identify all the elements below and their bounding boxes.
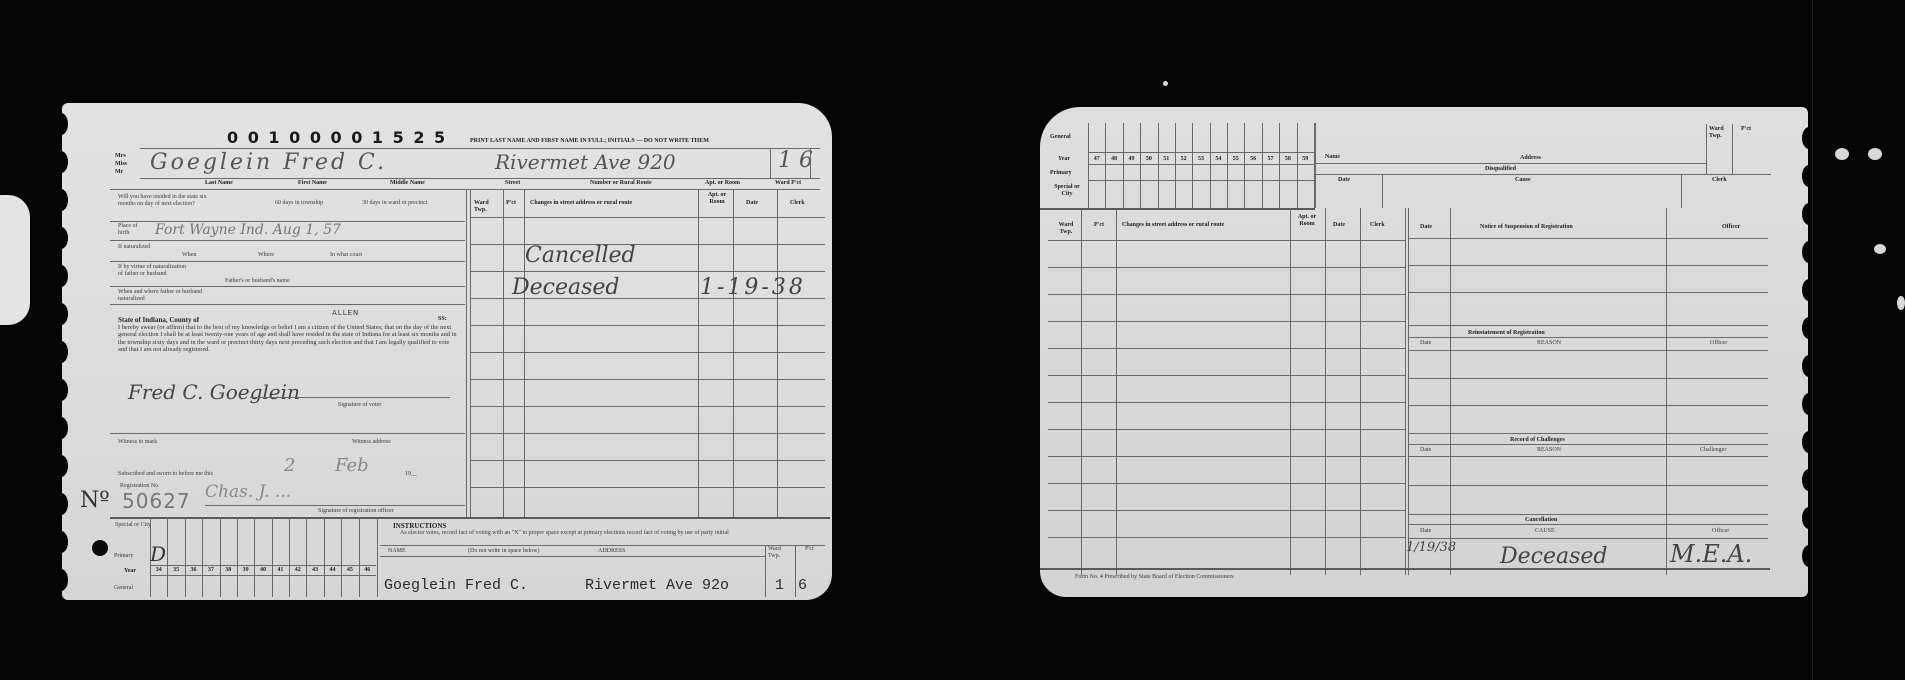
rchanges-header-ward: Ward Twp. <box>1052 222 1080 236</box>
label-ward-twp: Ward Twp. <box>1709 126 1729 140</box>
label-ward-precinct: 30 days in ward or precinct <box>362 200 432 207</box>
label-pct: P'ct <box>1741 126 1751 133</box>
rgrid-label-year: Year <box>1058 156 1070 163</box>
year-cell: 39 <box>237 567 254 573</box>
bottom-label-note: (Do not write in space below) <box>468 548 539 555</box>
punch-hole <box>92 540 108 556</box>
year-cell: 41 <box>272 567 289 573</box>
changes-header-ward: Ward Twp. <box>474 200 502 214</box>
year-cell: 56 <box>1244 156 1261 162</box>
rchanges-header-date: Date <box>1333 222 1345 229</box>
subscribed-year: 19__ <box>405 471 417 478</box>
label-disqualified: Disqualified <box>1485 166 1516 173</box>
year-cell: 45 <box>341 567 358 573</box>
typed-pct: 6 <box>798 577 807 594</box>
dust-speck <box>1835 148 1849 160</box>
dust-speck <box>1897 296 1905 310</box>
ss-label: SS: <box>438 316 447 323</box>
year-cell: 42 <box>289 567 306 573</box>
year-cell: 36 <box>185 567 202 573</box>
registration-number: 50627 <box>122 490 191 512</box>
label-street: Street <box>505 180 520 187</box>
changes-entry-cancelled: Cancelled <box>525 243 636 268</box>
primary-party-mark: D <box>150 542 166 566</box>
cancellation-officer: M.E.A. <box>1670 540 1752 568</box>
changes-header-apt: Apt. or Room <box>703 192 731 206</box>
oath-text: I hereby swear (or affirm) that to the b… <box>118 324 458 354</box>
subscribed-day: 2 <box>284 455 295 476</box>
voter-signature: Fred C. Goeglein <box>128 380 300 404</box>
challenges-title: Record of Challenges <box>1510 437 1565 444</box>
rchanges-header-apt: Apt. or Room <box>1293 214 1321 228</box>
challenges-header-reason: REASON <box>1537 447 1561 454</box>
year-cell: 47 <box>1088 156 1105 162</box>
subscribed-month: Feb <box>335 455 369 476</box>
label-residence-question: Will you have resided in the state six m… <box>118 194 208 208</box>
changes-header-date: Date <box>746 200 758 207</box>
year-cell: 50 <box>1140 156 1157 162</box>
label-address: Address <box>1520 155 1541 162</box>
instructions-text: As elector votes, record fact of voting … <box>400 530 810 537</box>
year-cell: 37 <box>202 567 219 573</box>
grid-label-general: General <box>114 585 133 592</box>
instructions-title: INSTRUCTIONS <box>393 522 446 530</box>
state-county-label: State of Indiana, County of <box>118 316 199 324</box>
changes-header-pct: P'ct <box>506 200 516 207</box>
label-township: 60 days in township <box>275 200 325 207</box>
reinstatement-header-reason: REASON <box>1537 340 1561 347</box>
reinstatement-header-date: Date <box>1420 340 1431 347</box>
grid-label-year: Year <box>124 568 136 575</box>
changes-header-clerk: Clerk <box>790 200 805 207</box>
cancellation-date: 1/19/38 <box>1406 540 1456 555</box>
label-signature-of-voter: Signature of voter <box>338 402 381 409</box>
label-number: Number or Rural Route <box>590 180 652 187</box>
label-father-naturalization: If by virtue of naturalization of father… <box>118 264 190 278</box>
label-father-when-where: When and where father or husband natural… <box>118 289 213 303</box>
year-cell: 55 <box>1227 156 1244 162</box>
changes-entry-deceased-date: 1-19-38 <box>700 275 806 300</box>
typed-address: Rivermet Ave 92o <box>585 577 729 594</box>
ward-pct-handwritten: 1 6 <box>778 148 813 173</box>
label-dq-cause: Cause <box>1515 177 1531 184</box>
challenges-header-date: Date <box>1420 447 1431 454</box>
rgrid-label-general: General <box>1050 134 1071 141</box>
reinstatement-title: Reinstatement of Registration <box>1468 330 1545 337</box>
rchanges-header-pct: P'ct <box>1094 222 1104 229</box>
year-cell: 48 <box>1105 156 1122 162</box>
label-where: Where <box>258 252 274 259</box>
challenges-header-challenger: Challenger <box>1700 447 1726 454</box>
year-cell: 49 <box>1123 156 1140 162</box>
suspension-header-date: Date <box>1420 224 1432 231</box>
label-dq-clerk: Clerk <box>1712 177 1727 184</box>
registration-no-prefix: Nº <box>80 489 110 513</box>
label-father-name: Father's or husband's name <box>225 278 290 285</box>
changes-entry-deceased: Deceased <box>512 275 620 300</box>
year-cell: 57 <box>1262 156 1279 162</box>
suspension-header-officer: Officer <box>1722 224 1740 231</box>
bottom-label-ward: Ward Twp. <box>768 546 790 560</box>
bottom-label-name: NAME <box>388 548 406 555</box>
typed-ward: 1 <box>775 577 784 594</box>
dust-speck <box>1874 244 1886 254</box>
year-cell: 44 <box>324 567 341 573</box>
rgrid-label-special: Special or City <box>1050 184 1084 198</box>
label-what-court: In what court <box>330 252 362 259</box>
label-if-naturalized: If naturalized <box>118 244 158 251</box>
label-name: Name <box>1325 154 1340 161</box>
bottom-label-address: ADDRESS <box>598 548 625 555</box>
year-cell: 53 <box>1192 156 1209 162</box>
year-cell: 54 <box>1210 156 1227 162</box>
rchanges-header-clerk: Clerk <box>1370 222 1385 229</box>
label-witness-address: Witness address <box>352 439 391 446</box>
form-footer: Form No. 4 Prescribed by State Board of … <box>1075 574 1234 581</box>
header-instruction: Print last name and first name in full; … <box>470 138 709 145</box>
bottom-label-pct: P'ct <box>805 546 814 553</box>
cancellation-header-cause: CAUSE <box>1535 528 1555 535</box>
grid-label-primary: Primary <box>114 553 133 560</box>
serial-stamp-number: 0 0 1 0 0 0 0 1 5 2 5 <box>227 128 447 147</box>
label-place-of-birth: Place of birth <box>118 223 148 237</box>
year-cell: 38 <box>220 567 237 573</box>
film-edge-artifact <box>0 195 30 325</box>
year-cell: 34 <box>150 567 167 573</box>
rgrid-label-primary: Primary <box>1050 170 1072 177</box>
grid-label-special: Special or City <box>114 522 152 529</box>
prefix-mr: Mr <box>115 169 123 176</box>
prefix-miss: Miss <box>115 161 127 168</box>
year-cell: 40 <box>254 567 271 573</box>
label-apt: Apt. or Room <box>705 180 740 187</box>
officer-signature: Chas. J. ... <box>205 482 291 502</box>
label-last-name: Last Name <box>205 180 233 187</box>
year-cell: 58 <box>1279 156 1296 162</box>
changes-header-address: Changes in street address or rural route <box>530 200 632 207</box>
label-ward-pct: Ward P'ct <box>775 180 801 187</box>
label-dq-date: Date <box>1338 177 1350 184</box>
street-handwritten: Rivermet Ave 920 <box>495 150 676 174</box>
suspension-header-notice: Notice of Suspension of Registration <box>1480 224 1573 231</box>
year-cell: 52 <box>1175 156 1192 162</box>
dust-speck <box>1868 148 1882 160</box>
year-cell: 46 <box>359 567 376 573</box>
film-strip-divider <box>1812 0 1813 680</box>
label-officer-signature: Signature of registration officer <box>318 508 394 515</box>
year-cell: 35 <box>167 567 184 573</box>
cancellation-cause: Deceased <box>1500 544 1608 569</box>
reinstatement-header-officer: Officer <box>1710 340 1727 347</box>
label-subscribed-sworn: Subscribed and sworn to before me this <box>118 471 213 478</box>
label-when: When <box>182 252 196 259</box>
cancellation-header-officer: Officer <box>1712 528 1729 535</box>
label-first-name: First Name <box>298 180 327 187</box>
label-middle-name: Middle Name <box>390 180 425 187</box>
voter-name-handwritten: Goeglein Fred C. <box>150 150 387 175</box>
year-cell: 43 <box>306 567 323 573</box>
label-witness-to-mark: Witness to mark <box>118 439 157 446</box>
county-value: ALLEN <box>332 309 359 317</box>
typed-name: Goeglein Fred C. <box>384 577 528 594</box>
dust-speck <box>1163 81 1168 86</box>
rchanges-header-address: Changes in street address or rural route <box>1122 222 1224 229</box>
prefix-mrs: Mrs <box>115 153 126 160</box>
year-cell: 59 <box>1297 156 1314 162</box>
cancellation-header-date: Date <box>1420 528 1431 535</box>
place-of-birth-handwritten: Fort Wayne Ind. Aug 1, 57 <box>155 222 341 238</box>
year-cell: 51 <box>1158 156 1175 162</box>
cancellation-title: Cancellation <box>1525 517 1557 524</box>
